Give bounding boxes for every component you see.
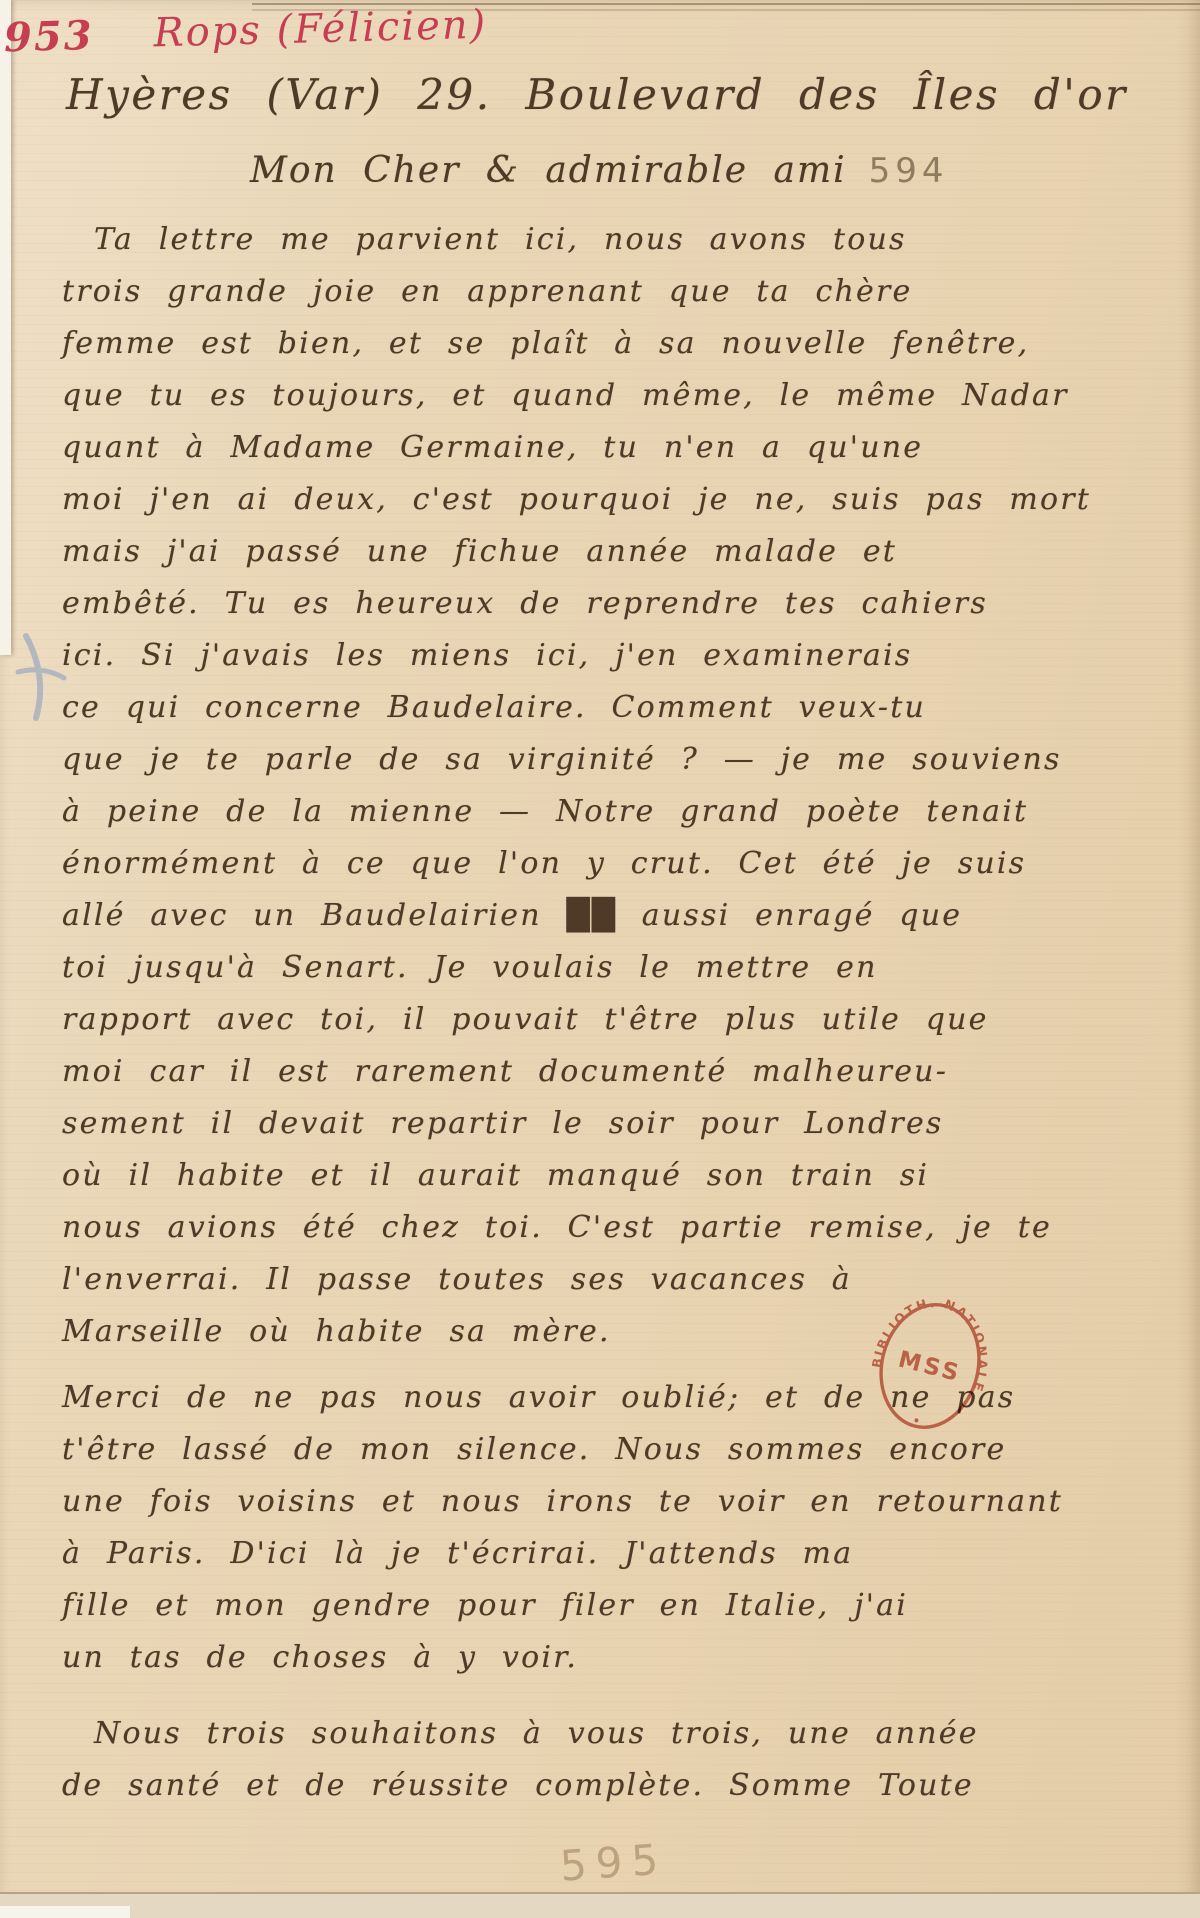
salutation-row: Mon Cher & admirable ami 594 [250, 150, 949, 191]
page-number-bottom: 595 [558, 1834, 668, 1890]
manuscript-line: ici. Si j'avais les miens ici, j'en exam… [62, 630, 1174, 682]
manuscript-line: t'être lassé de mon silence. Nous sommes… [62, 1424, 1174, 1476]
catalog-name: Rops (Félicien) [153, 2, 488, 58]
scan-edge-left [0, 0, 11, 655]
manuscript-line: quant à Madame Germaine, tu n'en a qu'un… [62, 422, 1174, 474]
manuscript-line: une fois voisins et nous irons te voir e… [62, 1476, 1174, 1528]
library-stamp-bibliotheque-nationale: BIBLIOTH. NATIONALE MSS [858, 1284, 1002, 1448]
letter-paragraph: Merci de ne pas nous avoir oublié; et de… [62, 1372, 1174, 1684]
manuscript-line: mais j'ai passé une fichue année malade … [62, 526, 1174, 578]
manuscript-line: fille et mon gendre pour filer en Italie… [62, 1580, 1174, 1632]
manuscript-line: à Paris. D'ici là je t'écrirai. J'attend… [62, 1528, 1174, 1580]
manuscript-line: nous avions été chez toi. C'est partie r… [62, 1202, 1174, 1254]
manuscript-line: femme est bien, et se plaît à sa nouvell… [62, 318, 1174, 370]
manuscript-line: allé avec un Baudelairien ██ aussi enrag… [62, 890, 1174, 942]
manuscript-line: embêté. Tu es heureux de reprendre tes c… [62, 578, 1174, 630]
stamp-bottom-dot [914, 1418, 919, 1423]
manuscript-line: moi car il est rarement documenté malheu… [62, 1046, 1174, 1098]
letter-paragraph: Ta lettre me parvient ici, nous avons to… [62, 214, 1174, 1358]
catalog-annotation: 953 Rops (Félicien) [3, 2, 487, 62]
manuscript-line: Nous trois souhaitons à vous trois, une … [62, 1708, 1174, 1760]
manuscript-line: toi jusqu'à Senart. Je voulais le mettre… [62, 942, 1174, 994]
manuscript-line: que tu es toujours, et quand même, le mê… [62, 370, 1174, 422]
manuscript-line: ce qui concerne Baudelaire. Comment veux… [62, 682, 1174, 734]
manuscript-line: que je te parle de sa virginité ? — je m… [62, 734, 1174, 786]
manuscript-line: où il habite et il aurait manqué son tra… [62, 1150, 1174, 1202]
manuscript-line: de santé et de réussite complète. Somme … [62, 1760, 1174, 1812]
manuscript-line: énormément à ce que l'on y crut. Cet été… [62, 838, 1174, 890]
manuscript-line: rapport avec toi, il pouvait t'être plus… [62, 994, 1174, 1046]
catalog-number: 953 [3, 12, 94, 61]
scan-edge-bottom [0, 1892, 1200, 1918]
manuscript-line: moi j'en ai deux, c'est pourquoi je ne, … [62, 474, 1174, 526]
manuscript-line: Marseille où habite sa mère. [62, 1306, 1174, 1358]
manuscript-line: trois grande joie en apprenant que ta ch… [62, 266, 1174, 318]
letter-paragraph: Nous trois souhaitons à vous trois, une … [62, 1708, 1174, 1812]
address-line: Hyères (Var) 29. Boulevard des Îles d'or [66, 70, 1196, 119]
manuscript-line: un tas de choses à y voir. [62, 1632, 1174, 1684]
manuscript-line: Ta lettre me parvient ici, nous avons to… [62, 214, 1174, 266]
manuscript-line: à peine de la mienne — Notre grand poète… [62, 786, 1174, 838]
manuscript-line: l'enverrai. Il passe toutes ses vacances… [62, 1254, 1174, 1306]
stamp-center-text: MSS [896, 1347, 964, 1388]
manuscript-line: Merci de ne pas nous avoir oublié; et de… [62, 1372, 1174, 1424]
salutation: Mon Cher & admirable ami [250, 150, 847, 191]
manuscript-line: sement il devait repartir le soir pour L… [62, 1098, 1174, 1150]
scan-edge-bottom-white [0, 1906, 130, 1918]
letter-page: 953 Rops (Félicien) Hyères (Var) 29. Bou… [0, 0, 1200, 1918]
blue-pencil-mark [14, 628, 70, 724]
letter-body: Ta lettre me parvient ici, nous avons to… [62, 214, 1174, 1812]
page-number-top: 594 [869, 151, 949, 191]
